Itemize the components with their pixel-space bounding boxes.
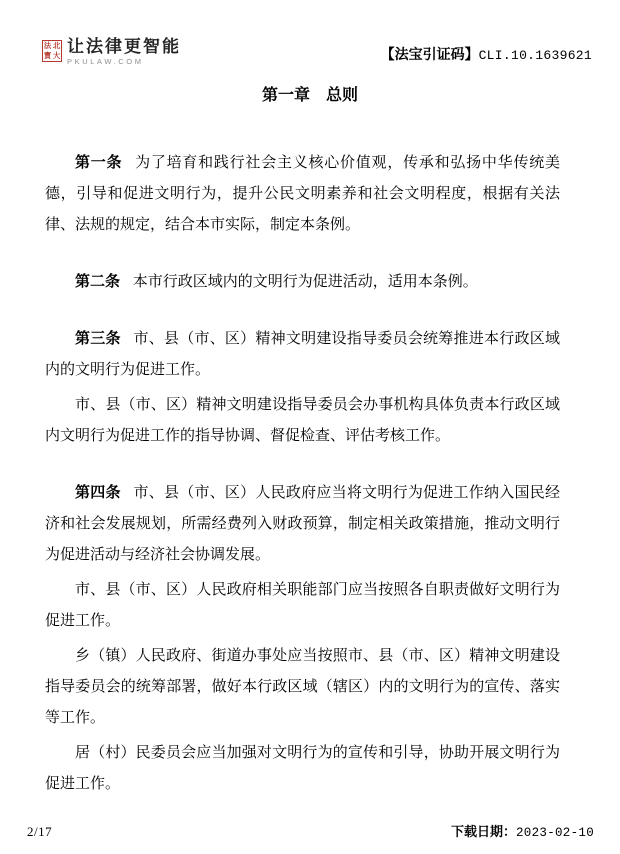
article-list: 第一条为了培育和践行社会主义核心价值观，传承和弘扬中华传统美德，引导和促进文明行…	[45, 147, 560, 799]
logo-text-block: 让法律更智能 PKULAW.COM	[67, 38, 181, 66]
page-footer: 2/17 下载日期：2023-02-10	[27, 824, 594, 841]
article-paragraph: 第四条市、县（市、区）人民政府应当将文明行为促进工作纳入国民经济和社会发展规划，…	[45, 477, 560, 570]
article-paragraph: 市、县（市、区）精神文明建设指导委员会办事机构具体负责本行政区域内文明行为促进工…	[45, 389, 560, 451]
article: 第一条为了培育和践行社会主义核心价值观，传承和弘扬中华传统美德，引导和促进文明行…	[45, 147, 560, 240]
article-text: 市、县（市、区）精神文明建设指导委员会办事机构具体负责本行政区域内文明行为促进工…	[45, 395, 560, 444]
article-paragraph: 第二条本市行政区域内的文明行为促进活动，适用本条例。	[45, 266, 560, 297]
article-text: 市、县（市、区）人民政府应当将文明行为促进工作纳入国民经济和社会发展规划，所需经…	[45, 483, 560, 563]
article-text: 居（村）民委员会应当加强对文明行为的宣传和引导，协助开展文明行为促进工作。	[45, 743, 560, 792]
logo-slogan: 让法律更智能	[67, 38, 181, 56]
pku-seal-icon: 法 北 寳 大	[42, 40, 62, 62]
article-paragraph: 市、县（市、区）人民政府相关职能部门应当按照各自职责做好文明行为促进工作。	[45, 574, 560, 636]
chapter-title: 第一章 总则	[0, 85, 620, 105]
page-number: 2/17	[27, 824, 52, 839]
article-text: 市、县（市、区）人民政府相关职能部门应当按照各自职责做好文明行为促进工作。	[45, 580, 560, 629]
logo-domain: PKULAW.COM	[67, 57, 181, 66]
article-text: 本市行政区域内的文明行为促进活动，适用本条例。	[133, 272, 478, 290]
article-paragraph: 居（村）民委员会应当加强对文明行为的宣传和引导，协助开展文明行为促进工作。	[45, 737, 560, 799]
article-number: 第四条	[75, 483, 121, 501]
article: 第三条市、县（市、区）精神文明建设指导委员会统筹推进本行政区域内的文明行为促进工…	[45, 323, 560, 451]
seal-char: 北	[52, 41, 60, 50]
document-page: 法 北 寳 大 让法律更智能 PKULAW.COM 【法宝引证码】CLI.10.…	[0, 0, 620, 854]
citation-label: 【法宝引证码】	[381, 47, 479, 63]
seal-char: 大	[52, 51, 60, 60]
article: 第二条本市行政区域内的文明行为促进活动，适用本条例。	[45, 266, 560, 297]
article-number: 第二条	[75, 272, 120, 290]
article-text: 乡（镇）人民政府、街道办事处应当按照市、县（市、区）精神文明建设指导委员会的统筹…	[45, 646, 560, 726]
seal-char: 寳	[43, 51, 51, 60]
article-text: 市、县（市、区）精神文明建设指导委员会统筹推进本行政区域内的文明行为促进工作。	[45, 329, 560, 378]
article-paragraph: 第一条为了培育和践行社会主义核心价值观，传承和弘扬中华传统美德，引导和促进文明行…	[45, 147, 560, 240]
article: 第四条市、县（市、区）人民政府应当将文明行为促进工作纳入国民经济和社会发展规划，…	[45, 477, 560, 799]
article-text: 为了培育和践行社会主义核心价值观，传承和弘扬中华传统美德，引导和促进文明行为，提…	[45, 153, 560, 233]
citation-value: CLI.10.1639621	[479, 48, 592, 63]
article-paragraph: 乡（镇）人民政府、街道办事处应当按照市、县（市、区）精神文明建设指导委员会的统筹…	[45, 640, 560, 733]
download-date: 下载日期：2023-02-10	[451, 825, 594, 841]
download-date-label: 下载日期：	[451, 825, 516, 840]
seal-char: 法	[43, 41, 51, 50]
citation-code: 【法宝引证码】CLI.10.1639621	[381, 47, 592, 66]
article-paragraph: 第三条市、县（市、区）精神文明建设指导委员会统筹推进本行政区域内的文明行为促进工…	[45, 323, 560, 385]
article-number: 第一条	[75, 153, 122, 171]
article-number: 第三条	[75, 329, 121, 347]
page-header: 法 北 寳 大 让法律更智能 PKULAW.COM 【法宝引证码】CLI.10.…	[0, 0, 620, 66]
pkulaw-logo: 法 北 寳 大 让法律更智能 PKULAW.COM	[42, 38, 181, 66]
download-date-value: 2023-02-10	[516, 826, 594, 840]
